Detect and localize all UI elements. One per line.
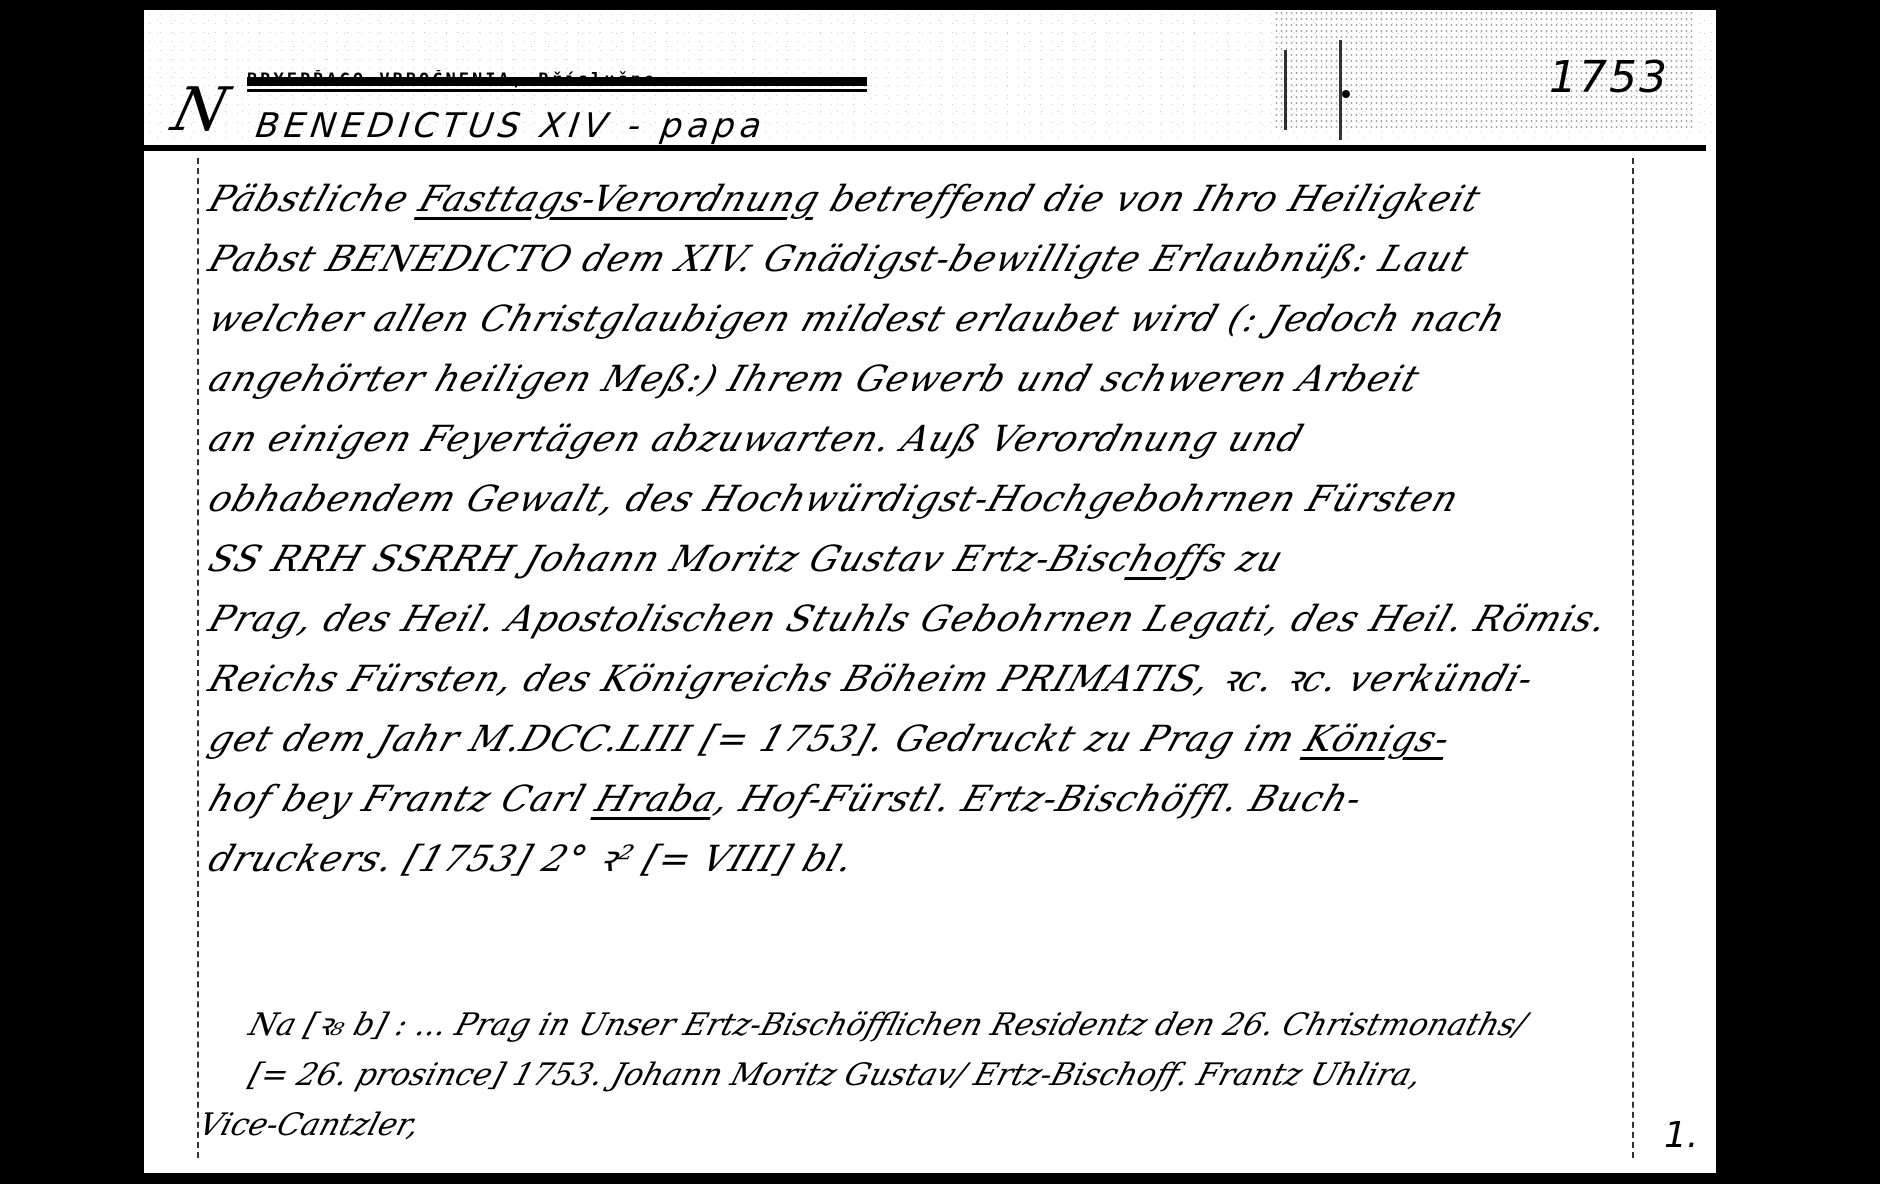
card-number: 1753 [1549,52,1669,103]
underlined-word: Fasttags-Verordnung [414,179,826,220]
text-line: hof bey Frantz Carl Hraba, Hof-Fürstl. E… [200,770,1639,830]
text-line: obhabendem Gewalt, des Hochwürdigst-Hoch… [200,470,1639,530]
header-rule [144,145,1706,151]
left-margin-line [197,158,199,1158]
text-line: SS RRH SSRRH Johann Moritz Gustav Ertz-B… [200,530,1639,590]
scan-smudge [1339,40,1342,140]
note-line: Vice-Cantzler, [193,1100,1657,1150]
notes-block: Na [ꝛ₈ b] : ... Prag in Unser Ertz-Bisch… [210,1000,1650,1150]
text-line: Pabst BENEDICTO dem XIV. Gnädigst-bewill… [200,230,1639,290]
note-line: [= 26. prosince] 1753. Johann Moritz Gus… [203,1050,1657,1100]
text-line: druckers. [1753] 2° ꝛ² [= VIII] bl. [200,830,1639,890]
text-line: angehörter heiligen Meß:) Ihrem Gewerb u… [200,350,1639,410]
underlined-word: Königs- [1300,719,1456,760]
card-heading: BENEDICTUS XIV - papa [253,106,769,146]
scan-viewer: N BRYEPŘAGO VRBOČNENIA, Příslušno 1753 B… [0,0,1880,1184]
note-line: Na [ꝛ₈ b] : ... Prag in Unser Ertz-Bisch… [203,1000,1657,1050]
underlined-word: Hraba [590,779,723,820]
underlined-word: hof [1124,539,1199,580]
page-marker: 1. [1664,1115,1698,1156]
text-line: Reichs Fürsten, des Königreichs Böheim P… [200,650,1639,710]
scan-smudge [1284,50,1287,130]
transcription-body: Päbstliche Fasttags-Verordnung betreffen… [210,170,1630,890]
catalog-card: N BRYEPŘAGO VRBOČNENIA, Příslušno 1753 B… [144,10,1716,1173]
text-line: welcher allen Christglaubigen mildest er… [200,290,1639,350]
text-line: Prag, des Heil. Apostolischen Stuhls Geb… [200,590,1639,650]
struck-out-header: BRYEPŘAGO VRBOČNENIA, Příslušno [247,70,867,92]
text-line: Päbstliche Fasttags-Verordnung betreffen… [200,170,1639,230]
text-line: get dem Jahr M.DCC.LIII [= 1753]. Gedruc… [200,710,1639,770]
text-line: an einigen Feyertägen abzuwarten. Auß Ve… [200,410,1639,470]
ink-dot [1342,90,1350,98]
